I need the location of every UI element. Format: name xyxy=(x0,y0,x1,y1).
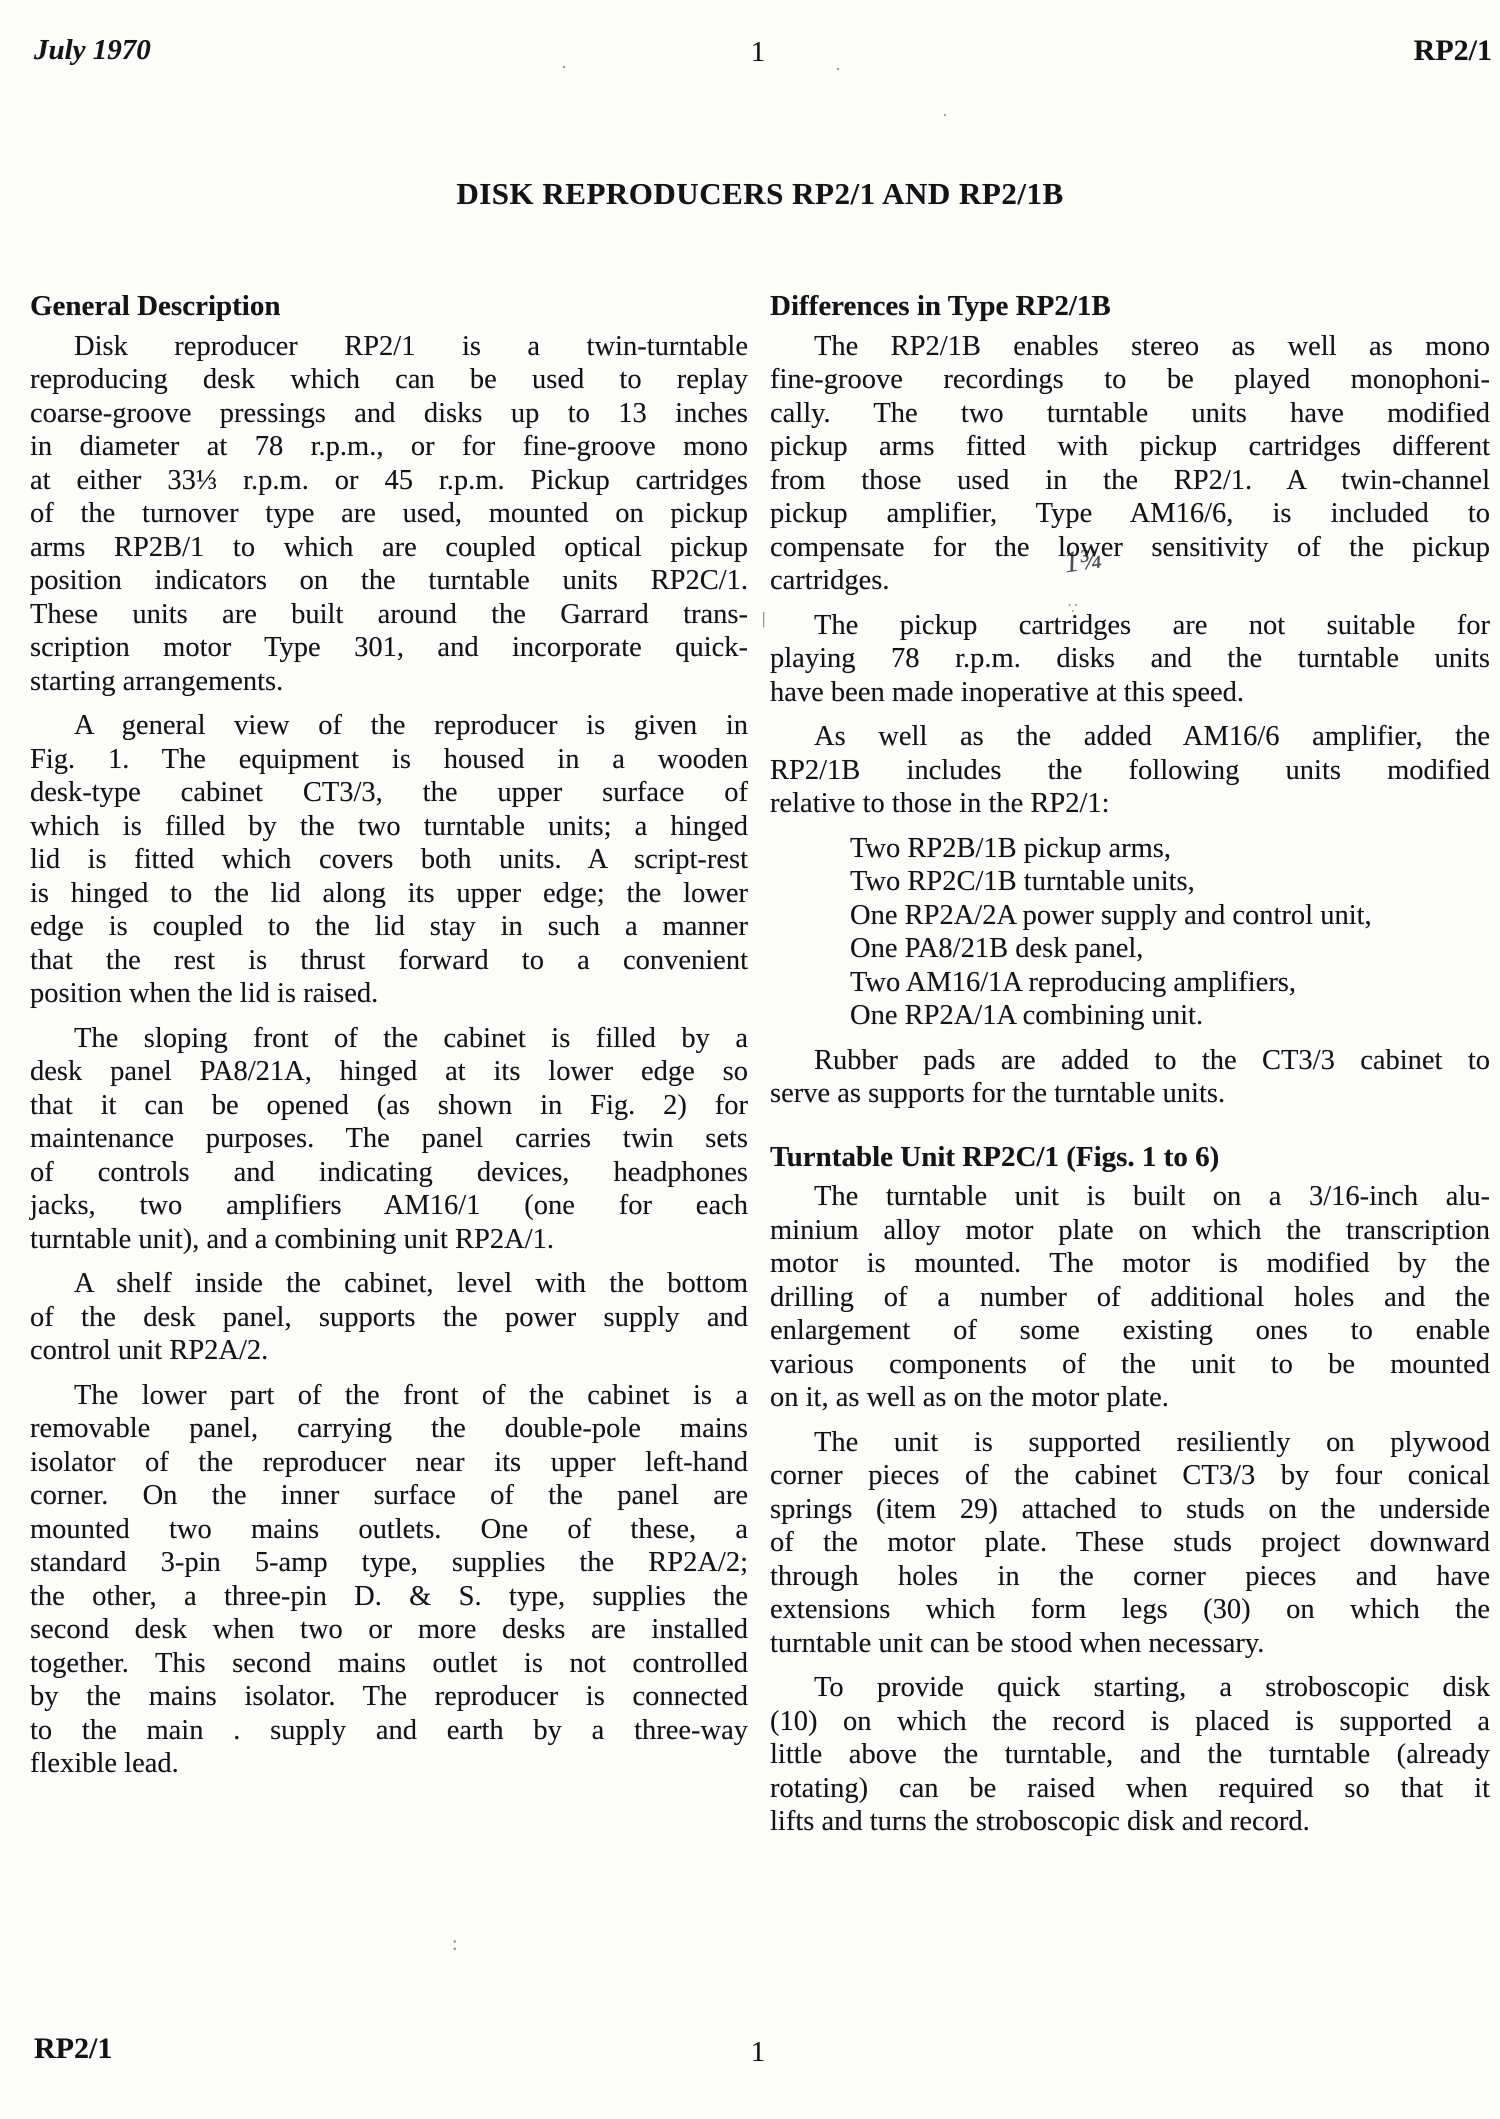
paragraph: A shelf inside the cabinet, level with t… xyxy=(30,1267,748,1368)
header-doc-ref: RP2/1 xyxy=(1414,34,1492,68)
section-heading: Differences in Type RP2/1B xyxy=(770,290,1490,324)
paragraph-line: edge is coupled to the lid stay in such … xyxy=(30,910,748,944)
paragraph-line: As well as the added AM16/6 amplifier, t… xyxy=(770,720,1490,754)
paragraph-line: A shelf inside the cabinet, level with t… xyxy=(30,1267,748,1301)
paragraph-line: drilling of a number of additional holes… xyxy=(770,1281,1490,1315)
header-date: July 1970 xyxy=(34,34,151,67)
paragraph-line: have been made inoperative at this speed… xyxy=(770,676,1490,710)
paragraph-line: that it can be opened (as shown in Fig. … xyxy=(30,1089,748,1123)
paragraph: Disk reproducer RP2/1 is a twin-turntabl… xyxy=(30,330,748,699)
paragraph-line: cartridges. xyxy=(770,564,1490,598)
paragraph-line: Rubber pads are added to the CT3/3 cabin… xyxy=(770,1044,1490,1078)
document-page: July 1970 1 RP2/1 DISK REPRODUCERS RP2/1… xyxy=(0,0,1500,2119)
paragraph-line: pickup arms fitted with pickup cartridge… xyxy=(770,430,1490,464)
paragraph-line: flexible lead. xyxy=(30,1747,748,1781)
list-item-line: One RP2A/1A combining unit. xyxy=(770,999,1490,1033)
paragraph-line: from those used in the RP2/1. A twin-cha… xyxy=(770,464,1490,498)
paragraph-line: little above the turntable, and the turn… xyxy=(770,1738,1490,1772)
paragraph: The sloping front of the cabinet is fill… xyxy=(30,1022,748,1257)
paragraph-line: at either 33⅓ r.p.m. or 45 r.p.m. Pickup… xyxy=(30,464,748,498)
paragraph-line: A general view of the reproducer is give… xyxy=(30,709,748,743)
paragraph-line: motor is mounted. The motor is modified … xyxy=(770,1247,1490,1281)
footer-page-number: 1 xyxy=(751,2036,766,2069)
paragraph-line: by the mains isolator. The reproducer is… xyxy=(30,1680,748,1714)
paragraph-line: removable panel, carrying the double-pol… xyxy=(30,1412,748,1446)
document-title: DISK REPRODUCERS RP2/1 AND RP2/1B xyxy=(30,176,1490,212)
paragraph: The pickup cartridges are not suitable f… xyxy=(770,609,1490,710)
paragraph-line: The turntable unit is built on a 3/16-in… xyxy=(770,1180,1490,1214)
page-footer: RP2/1 1 xyxy=(0,2032,1500,2072)
paragraph-line: scription motor Type 301, and incorporat… xyxy=(30,631,748,665)
paragraph-line: Fig. 1. The equipment is housed in a woo… xyxy=(30,743,748,777)
paragraph-line: is hinged to the lid along its upper edg… xyxy=(30,877,748,911)
footer-doc-ref: RP2/1 xyxy=(34,2032,112,2066)
paragraph-line: on it, as well as on the motor plate. xyxy=(770,1381,1490,1415)
scan-speck: | xyxy=(762,610,765,627)
page-header: July 1970 1 RP2/1 xyxy=(0,34,1500,74)
list-item-line: One RP2A/2A power supply and control uni… xyxy=(770,899,1490,933)
paragraph-line: corner pieces of the cabinet CT3/3 by fo… xyxy=(770,1459,1490,1493)
paragraph-line: arms RP2B/1 to which are coupled optical… xyxy=(30,531,748,565)
paragraph-line: The pickup cartridges are not suitable f… xyxy=(770,609,1490,643)
paragraph: Rubber pads are added to the CT3/3 cabin… xyxy=(770,1044,1490,1111)
header-page-number: 1 xyxy=(751,36,766,69)
paragraph-line: the other, a three-pin D. & S. type, sup… xyxy=(30,1580,748,1614)
paragraph: A general view of the reproducer is give… xyxy=(30,709,748,1011)
paragraph: The turntable unit is built on a 3/16-in… xyxy=(770,1180,1490,1415)
paragraph-line: mounted two mains outlets. One of these,… xyxy=(30,1513,748,1547)
paragraph-line: fine-groove recordings to be played mono… xyxy=(770,363,1490,397)
paragraph-line: which is filled by the two turntable uni… xyxy=(30,810,748,844)
list-item-line: Two RP2C/1B turntable units, xyxy=(770,865,1490,899)
paragraph-line: together. This second mains outlet is no… xyxy=(30,1647,748,1681)
paragraph-line: control unit RP2A/2. xyxy=(30,1334,748,1368)
paragraph-line: (10) on which the record is placed is su… xyxy=(770,1705,1490,1739)
paragraph-line: compensate for the lower sensitivity of … xyxy=(770,531,1490,565)
paragraph-line: extensions which form legs (30) on which… xyxy=(770,1593,1490,1627)
section-heading: General Description xyxy=(30,290,748,324)
paragraph: The unit is supported resiliently on ply… xyxy=(770,1426,1490,1661)
paragraph-line: The lower part of the front of the cabin… xyxy=(30,1379,748,1413)
column-right: Differences in Type RP2/1BThe RP2/1B ena… xyxy=(770,290,1490,1850)
paragraph-line: corner. On the inner surface of the pane… xyxy=(30,1479,748,1513)
paragraph-line: enlargement of some existing ones to ena… xyxy=(770,1314,1490,1348)
paragraph: The RP2/1B enables stereo as well as mon… xyxy=(770,330,1490,598)
column-left: General DescriptionDisk reproducer RP2/1… xyxy=(30,290,748,1792)
paragraph-line: maintenance purposes. The panel carries … xyxy=(30,1122,748,1156)
list-item-line: Two AM16/1A reproducing amplifiers, xyxy=(770,966,1490,1000)
paragraph-line: to the main . supply and earth by a thre… xyxy=(30,1714,748,1748)
scan-speck: · xyxy=(835,60,841,78)
paragraph-line: various components of the unit to be mou… xyxy=(770,1348,1490,1382)
paragraph: The lower part of the front of the cabin… xyxy=(30,1379,748,1781)
paragraph-line: position indicators on the turntable uni… xyxy=(30,564,748,598)
paragraph-line: of controls and indicating devices, head… xyxy=(30,1156,748,1190)
paragraph: To provide quick starting, a stroboscopi… xyxy=(770,1671,1490,1839)
paragraph-line: in diameter at 78 r.p.m., or for fine-gr… xyxy=(30,430,748,464)
paragraph-line: through holes in the corner pieces and h… xyxy=(770,1560,1490,1594)
paragraph-line: rotating) can be raised when required so… xyxy=(770,1772,1490,1806)
list-item-line: Two RP2B/1B pickup arms, xyxy=(770,832,1490,866)
ink-mark: 1¾ xyxy=(1062,544,1103,579)
scan-speck: · xyxy=(561,58,567,76)
list-block: Two RP2B/1B pickup arms,Two RP2C/1B turn… xyxy=(770,832,1490,1033)
paragraph-line: jacks, two amplifiers AM16/1 (one for ea… xyxy=(30,1189,748,1223)
paragraph-line: These units are built around the Garrard… xyxy=(30,598,748,632)
paragraph-line: lifts and turns the stroboscopic disk an… xyxy=(770,1805,1490,1839)
paragraph-line: serve as supports for the turntable unit… xyxy=(770,1077,1490,1111)
paragraph-line: lid is fitted which covers both units. A… xyxy=(30,843,748,877)
paragraph-line: desk panel PA8/21A, hinged at its lower … xyxy=(30,1055,748,1089)
paragraph-line: reproducing desk which can be used to re… xyxy=(30,363,748,397)
paragraph-line: position when the lid is raised. xyxy=(30,977,748,1011)
paragraph-line: turntable unit), and a combining unit RP… xyxy=(30,1223,748,1257)
paragraph-line: of the turnover type are used, mounted o… xyxy=(30,497,748,531)
scan-speck: : xyxy=(452,1934,458,1954)
scan-speck: · xyxy=(942,106,948,124)
paragraph-line: cally. The two turntable units have modi… xyxy=(770,397,1490,431)
paragraph-line: that the rest is thrust forward to a con… xyxy=(30,944,748,978)
paragraph-line: second desk when two or more desks are i… xyxy=(30,1613,748,1647)
paragraph-line: playing 78 r.p.m. disks and the turntabl… xyxy=(770,642,1490,676)
paragraph-line: pickup amplifier, Type AM16/6, is includ… xyxy=(770,497,1490,531)
paragraph-line: To provide quick starting, a stroboscopi… xyxy=(770,1671,1490,1705)
paragraph-line: relative to those in the RP2/1: xyxy=(770,787,1490,821)
paragraph-line: starting arrangements. xyxy=(30,665,748,699)
scan-speck: ∵ xyxy=(1068,602,1078,617)
paragraph-line: isolator of the reproducer near its uppe… xyxy=(30,1446,748,1480)
paragraph: As well as the added AM16/6 amplifier, t… xyxy=(770,720,1490,821)
paragraph-line: of the desk panel, supports the power su… xyxy=(30,1301,748,1335)
paragraph-line: The sloping front of the cabinet is fill… xyxy=(30,1022,748,1056)
paragraph-line: The unit is supported resiliently on ply… xyxy=(770,1426,1490,1460)
paragraph-line: coarse-groove pressings and disks up to … xyxy=(30,397,748,431)
paragraph-line: standard 3-pin 5-amp type, supplies the … xyxy=(30,1546,748,1580)
paragraph-line: Disk reproducer RP2/1 is a twin-turntabl… xyxy=(30,330,748,364)
section-heading: Turntable Unit RP2C/1 (Figs. 1 to 6) xyxy=(770,1141,1490,1175)
paragraph-line: minium alloy motor plate on which the tr… xyxy=(770,1214,1490,1248)
paragraph-line: The RP2/1B enables stereo as well as mon… xyxy=(770,330,1490,364)
paragraph-line: desk-type cabinet CT3/3, the upper surfa… xyxy=(30,776,748,810)
paragraph-line: springs (item 29) attached to studs on t… xyxy=(770,1493,1490,1527)
paragraph-line: RP2/1B includes the following units modi… xyxy=(770,754,1490,788)
list-item-line: One PA8/21B desk panel, xyxy=(770,932,1490,966)
paragraph-line: of the motor plate. These studs project … xyxy=(770,1526,1490,1560)
paragraph-line: turntable unit can be stood when necessa… xyxy=(770,1627,1490,1661)
